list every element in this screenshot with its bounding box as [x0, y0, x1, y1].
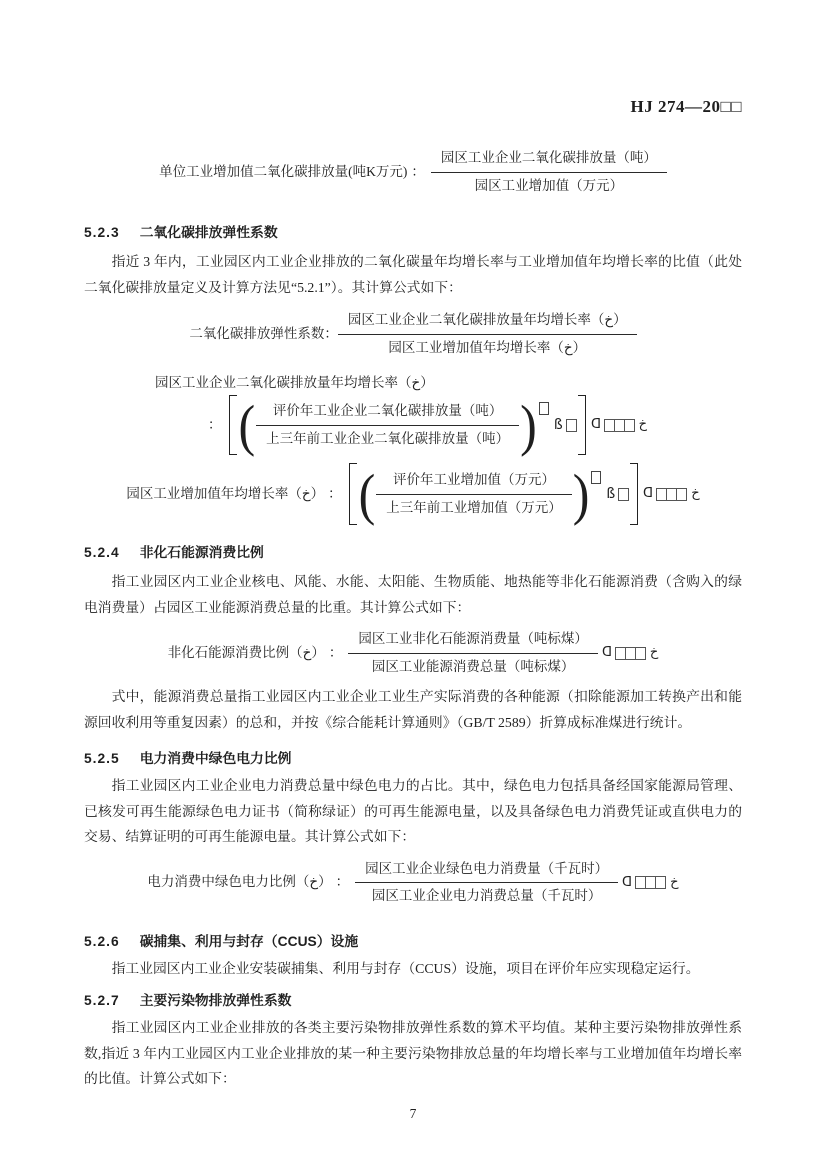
mirrored-d-glyph: D	[591, 416, 601, 434]
fraction: 园区工业非化石能源消费量（吨标煤） 园区工业能源消费总量（吨标煤）	[348, 629, 598, 676]
fraction: 评价年工业增加值（万元） 上三年前工业增加值（万元）	[376, 470, 572, 517]
doc-code-header: HJ 274—20□□	[84, 97, 742, 117]
missing-glyph-boxes	[616, 647, 646, 660]
khah-glyph: خ	[639, 416, 647, 434]
fraction: 园区工业企业二氧化碳排放量年均增长率（خ） 园区工业增加值年均增长率（خ）	[338, 310, 637, 357]
section-number: 5.2.5	[84, 751, 120, 766]
missing-glyph-superscript-box	[591, 471, 601, 484]
missing-glyph-box	[566, 419, 577, 432]
formula-colon: ：	[329, 644, 343, 662]
section-heading-525: 5.2.5 电力消费中绿色电力比例	[84, 747, 742, 767]
formula-nonfossil-ratio: 非化石能源消费比例（خ） ： 园区工业非化石能源消费量（吨标煤） 园区工业能源消…	[84, 628, 742, 678]
paragraph: 指工业园区内工业企业安装碳捕集、利用与封存（CCUS）设施，项目在评价年应实现稳…	[84, 956, 742, 982]
formula-iav-growth-rate: 园区工业增加值年均增长率（خ） ： ( 评价年工业增加值（万元） 上三年前工业增…	[84, 461, 742, 527]
formula-colon: ：	[336, 873, 350, 891]
fraction-numerator: 园区工业非化石能源消费量（吨标煤）	[348, 629, 598, 653]
fraction-denominator: 园区工业增加值年均增长率（خ）	[338, 335, 637, 358]
section-heading-523: 5.2.3 二氧化碳排放弹性系数	[84, 221, 742, 241]
khah-glyph: خ	[691, 485, 699, 503]
page-number: 7	[84, 1106, 742, 1122]
formula-label: 二氧化碳排放弹性系数：	[189, 325, 338, 343]
formula-label: 园区工业增加值年均增长率（خ）	[126, 485, 324, 503]
missing-glyph-boxes	[605, 419, 635, 432]
page-content: HJ 274—20□□ 单位工业增加值二氧化碳排放量(吨K万元) ： 园区工业企…	[84, 0, 742, 1122]
mirrored-d-glyph: D	[602, 644, 612, 662]
fraction-denominator: 园区工业能源消费总量（吨标煤）	[348, 654, 598, 677]
beta-glyph: ß	[606, 485, 615, 504]
missing-glyph-boxes	[636, 876, 666, 889]
formula-unit-co2-intensity: 单位工业增加值二氧化碳排放量(吨K万元) ： 园区工业企业二氧化碳排放量（吨） …	[84, 147, 742, 197]
fraction: 园区工业企业二氧化碳排放量（吨） 园区工业增加值（万元）	[431, 148, 667, 195]
missing-glyph-box	[618, 488, 629, 501]
paragraph: 指近 3 年内，工业园区内工业企业排放的二氧化碳量年均增长率与工业增加值年均增长…	[84, 249, 742, 300]
section-title: 非化石能源消费比例	[140, 541, 264, 561]
formula-colon: ：	[328, 485, 342, 503]
khah-glyph: خ	[650, 644, 658, 662]
fraction: 评价年工业企业二氧化碳排放量（吨） 上三年前工业企业二氧化碳排放量（吨）	[256, 401, 519, 448]
formula-label: 电力消费中绿色电力比例（خ）	[147, 873, 331, 891]
formula-co2-elasticity: 二氧化碳排放弹性系数： 园区工业企业二氧化碳排放量年均增长率（خ） 园区工业增加…	[84, 309, 742, 359]
right-bracket	[578, 395, 586, 455]
fraction-numerator: 园区工业企业二氧化碳排放量年均增长率（خ）	[338, 310, 637, 334]
section-heading-526: 5.2.6 碳捕集、利用与封存（CCUS）设施	[84, 930, 742, 950]
section-title: 二氧化碳排放弹性系数	[140, 221, 278, 241]
formula-colon: ：	[208, 416, 222, 434]
formula-label: 单位工业增加值二氧化碳排放量(吨K万元)	[159, 163, 407, 181]
section-heading-524: 5.2.4 非化石能源消费比例	[84, 541, 742, 561]
formula-co2-growth-rate: ： ( 评价年工业企业二氧化碳排放量（吨） 上三年前工业企业二氧化碳排放量（吨）…	[204, 393, 742, 457]
paragraph: 指工业园区内工业企业排放的各类主要污染物排放弹性系数的算术平均值。某种主要污染物…	[84, 1015, 742, 1092]
section-heading-527: 5.2.7 主要污染物排放弹性系数	[84, 989, 742, 1009]
fraction-numerator: 评价年工业企业二氧化碳排放量（吨）	[256, 401, 519, 425]
fraction-numerator: 园区工业企业绿色电力消费量（千瓦时）	[355, 859, 618, 883]
formula-green-power-ratio: 电力消费中绿色电力比例（خ） ： 园区工业企业绿色电力消费量（千瓦时） 园区工业…	[84, 858, 742, 908]
paragraph: 指工业园区内工业企业电力消费总量中绿色电力的占比。其中，绿色电力包括具备经国家能…	[84, 773, 742, 850]
section-number: 5.2.3	[84, 225, 120, 240]
fraction-numerator: 园区工业企业二氧化碳排放量（吨）	[431, 148, 667, 172]
fraction: 园区工业企业绿色电力消费量（千瓦时） 园区工业企业电力消费总量（千瓦时）	[355, 859, 618, 906]
missing-glyph-boxes	[657, 488, 687, 501]
section-number: 5.2.4	[84, 545, 120, 560]
section-title: 碳捕集、利用与封存（CCUS）设施	[140, 930, 358, 950]
section-title: 主要污染物排放弹性系数	[140, 989, 292, 1009]
formula-co2-growth-intro: 园区工业企业二氧化碳排放量年均增长率（خ）	[84, 371, 742, 391]
fraction-denominator: 园区工业增加值（万元）	[431, 173, 667, 196]
section-number: 5.2.7	[84, 993, 120, 1008]
formula-label: 非化石能源消费比例（خ）	[168, 644, 325, 662]
fraction-numerator: 评价年工业增加值（万元）	[376, 470, 572, 494]
right-bracket	[630, 463, 638, 525]
mirrored-d-glyph: D	[622, 874, 632, 892]
fraction-denominator: 上三年前工业企业二氧化碳排放量（吨）	[256, 426, 519, 449]
missing-glyph-superscript-box	[539, 402, 549, 415]
fraction-denominator: 园区工业企业电力消费总量（千瓦时）	[355, 883, 618, 906]
paragraph: 式中，能源消费总量指工业园区内工业企业工业生产实际消费的各种能源（扣除能源加工转…	[84, 684, 742, 735]
document-page: HJ 274—20□□ 单位工业增加值二氧化碳排放量(吨K万元) ： 园区工业企…	[0, 0, 826, 1169]
left-bracket	[349, 463, 357, 525]
khah-glyph: خ	[670, 874, 678, 892]
mirrored-d-glyph: D	[643, 485, 653, 503]
section-title: 电力消费中绿色电力比例	[140, 747, 292, 767]
formula-colon: ：	[411, 163, 425, 181]
section-number: 5.2.6	[84, 934, 120, 949]
fraction-denominator: 上三年前工业增加值（万元）	[376, 495, 572, 518]
paragraph: 指工业园区内工业企业核电、风能、水能、太阳能、生物质能、地热能等非化石能源消费（…	[84, 569, 742, 620]
beta-glyph: ß	[554, 416, 563, 435]
left-bracket	[229, 395, 237, 455]
